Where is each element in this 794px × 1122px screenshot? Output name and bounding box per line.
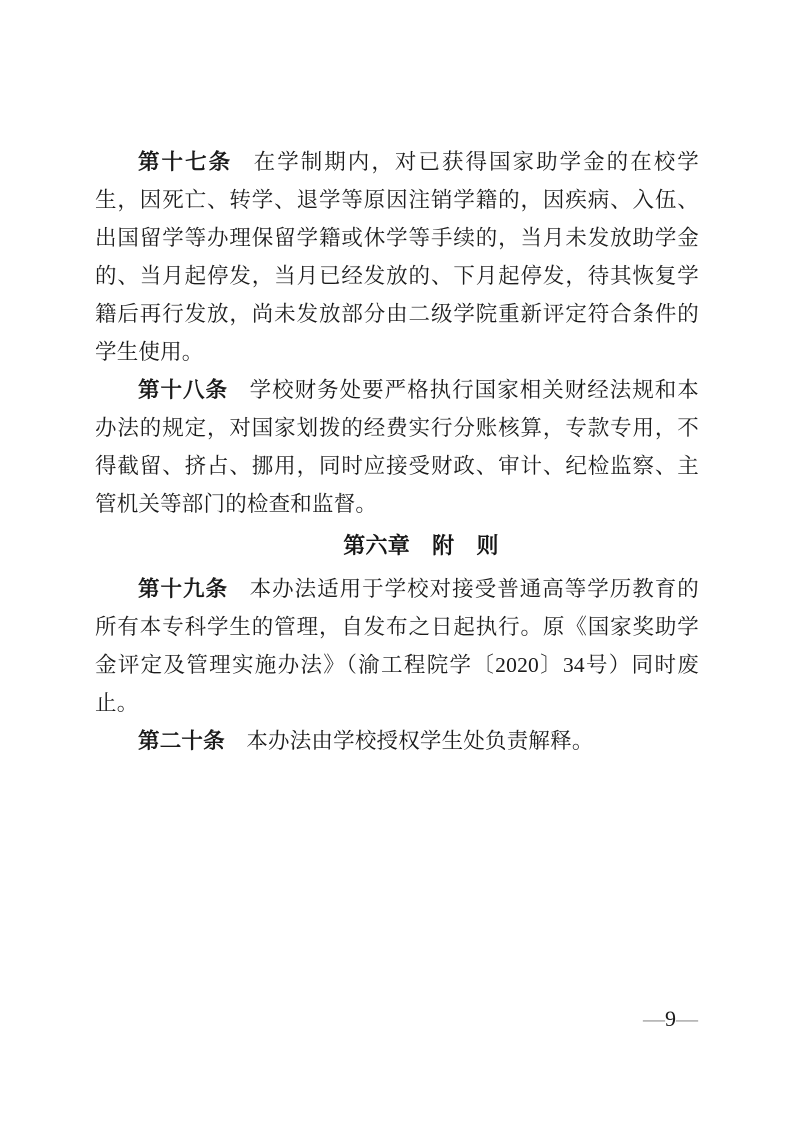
page-number-dash-left: — xyxy=(643,1006,665,1031)
article-paragraph-20: 第二十条本办法由学校授权学生处负责解释。 xyxy=(95,722,699,760)
article-number-20: 第二十条 xyxy=(138,729,225,753)
page-number-dash-right: — xyxy=(676,1006,698,1031)
page-number: —9— xyxy=(643,1004,698,1034)
page-number-value: 9 xyxy=(665,1006,676,1031)
article-text-20: 本办法由学校授权学生处负责解释。 xyxy=(246,729,593,753)
document-page: 第十七条在学制期内，对已获得国家助学金的在校学生，因死亡、转学、退学等原因注销学… xyxy=(0,0,794,1122)
article-number-17: 第十七条 xyxy=(138,150,232,174)
article-paragraph-17: 第十七条在学制期内，对已获得国家助学金的在校学生，因死亡、转学、退学等原因注销学… xyxy=(95,143,699,371)
chapter-heading: 第六章 附 则 xyxy=(119,527,723,565)
article-number-19: 第十九条 xyxy=(138,577,228,601)
article-paragraph-18: 第十八条学校财务处要严格执行国家相关财经法规和本办法的规定，对国家划拨的经费实行… xyxy=(95,371,699,523)
article-text-17: 在学制期内，对已获得国家助学金的在校学生，因死亡、转学、退学等原因注销学籍的，因… xyxy=(95,150,699,364)
article-paragraph-19: 第十九条本办法适用于学校对接受普通高等学历教育的所有本专科学生的管理，自发布之日… xyxy=(95,570,699,722)
article-number-18: 第十八条 xyxy=(138,378,228,402)
document-body: 第十七条在学制期内，对已获得国家助学金的在校学生，因死亡、转学、退学等原因注销学… xyxy=(95,143,699,760)
